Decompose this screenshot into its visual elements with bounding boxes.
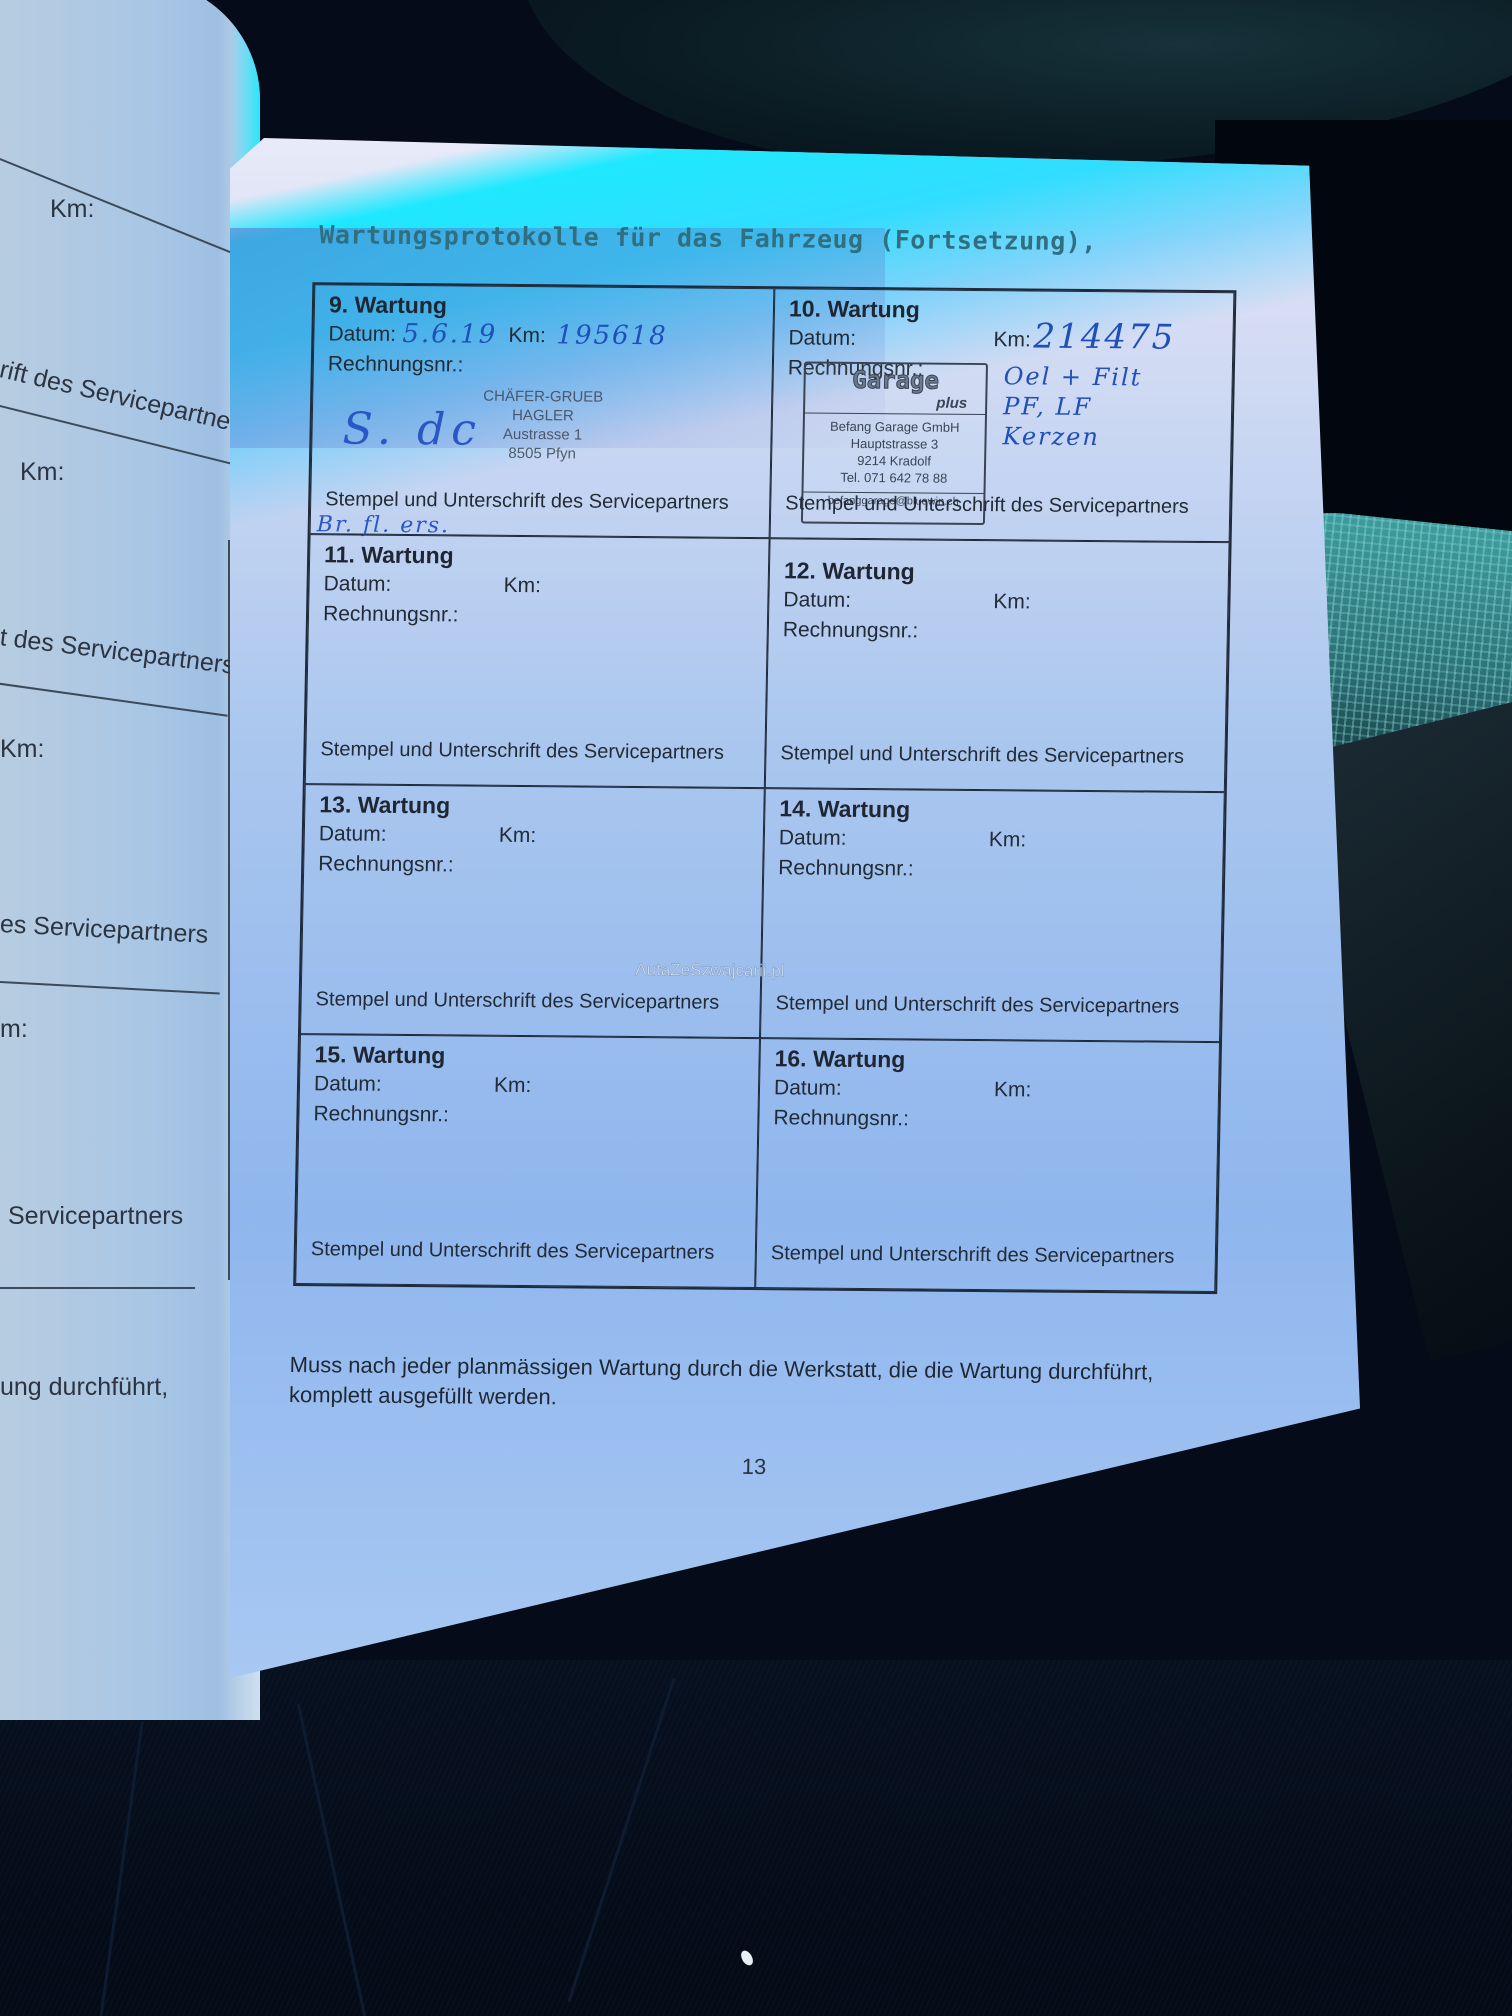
invoice-label: Rechnungsnr.: bbox=[778, 856, 914, 881]
invoice-row: Rechnungsnr.: bbox=[783, 618, 1214, 648]
stamp-line: Hauptstrasse 3 bbox=[804, 434, 984, 453]
date-label: Datum: bbox=[314, 1072, 382, 1097]
date-km-row: Datum: Km: 214475 bbox=[788, 326, 1219, 356]
left-page-text: t des Servicepartners bbox=[0, 623, 236, 681]
entry-title: 13. Wartung bbox=[319, 791, 750, 822]
km-label: Km: bbox=[994, 1078, 1032, 1102]
invoice-row: Rechnungsnr.: bbox=[778, 856, 1209, 886]
stamp-line: Austrasse 1 bbox=[462, 425, 622, 445]
invoice-label: Rechnungsnr.: bbox=[313, 1102, 449, 1127]
maintenance-entry-14: 14. Wartung Datum: Km: Rechnungsnr.: Ste… bbox=[760, 788, 1225, 1042]
date-km-row: Datum: Km: bbox=[774, 1076, 1205, 1106]
date-label: Datum: bbox=[774, 1076, 842, 1101]
km-value: 195618 bbox=[556, 320, 668, 351]
entry-title: 16. Wartung bbox=[774, 1045, 1205, 1076]
invoice-row: Rechnungsnr.: bbox=[773, 1106, 1204, 1136]
page-title: Wartungsprotokolle für das Fahrzeug (For… bbox=[319, 220, 1097, 256]
maintenance-log-table: 9. Wartung Datum: 5.6.19 Km: 195618 Rech… bbox=[293, 282, 1236, 1294]
fabric-seam bbox=[99, 1721, 144, 2016]
maintenance-entry-9: 9. Wartung Datum: 5.6.19 Km: 195618 Rech… bbox=[310, 284, 775, 538]
page-number: 13 bbox=[742, 1454, 767, 1480]
left-page-text: Km: bbox=[50, 195, 94, 224]
left-page-text: rift des Servicepartners bbox=[0, 355, 254, 441]
table-line bbox=[0, 980, 220, 995]
entry-title: 9. Wartung bbox=[329, 291, 760, 322]
stamp-line: 8505 Pfyn bbox=[462, 444, 622, 464]
stamp-line: Tel. 071 642 78 88 bbox=[804, 468, 984, 487]
date-label: Datum: bbox=[783, 588, 851, 613]
left-page-text: Km: bbox=[20, 458, 64, 487]
signature-label: Stempel und Unterschrift des Servicepart… bbox=[325, 488, 729, 515]
left-page-text: ung durchführt, bbox=[0, 1373, 168, 1402]
table-line bbox=[0, 680, 228, 717]
maintenance-entry-10: 10. Wartung Datum: Km: 214475 Rechnungsn… bbox=[770, 288, 1235, 542]
workshop-stamp: CHÄFER-GRUEB HAGLER Austrasse 1 8505 Pfy… bbox=[462, 387, 623, 464]
left-page-text: m: bbox=[0, 1015, 28, 1044]
stamp-line: CHÄFER-GRUEB bbox=[463, 387, 623, 407]
maintenance-entry-11: 11. Wartung Datum: Km: Rechnungsnr.: Ste… bbox=[305, 534, 770, 788]
invoice-row: Rechnungsnr.: bbox=[328, 352, 759, 382]
maintenance-entry-16: 16. Wartung Datum: Km: Rechnungsnr.: Ste… bbox=[755, 1038, 1220, 1292]
left-page-text: es Servicepartners bbox=[0, 910, 209, 950]
fabric-seam bbox=[297, 1703, 366, 2016]
left-page: Km: rift des Servicepartners Km: t des S… bbox=[0, 0, 260, 1720]
km-label: Km: bbox=[503, 574, 541, 598]
km-label: Km: bbox=[993, 328, 1031, 352]
date-label: Datum: bbox=[319, 822, 387, 847]
stamp-address: Befang Garage GmbH Hauptstrasse 3 9214 K… bbox=[804, 417, 985, 487]
service-note: Oel + Filt bbox=[1003, 361, 1142, 392]
date-value: 5.6.19 bbox=[402, 319, 497, 350]
handwritten-service-notes: Oel + Filt PF, LF Kerzen bbox=[1002, 361, 1142, 452]
invoice-label: Rechnungsnr.: bbox=[323, 602, 459, 627]
invoice-row: Rechnungsnr.: bbox=[313, 1102, 744, 1132]
invoice-label: Rechnungsnr.: bbox=[773, 1106, 909, 1131]
stamp-line: HAGLER bbox=[463, 406, 623, 426]
page-content: Wartungsprotokolle für das Fahrzeug (For… bbox=[265, 200, 1300, 1509]
stamp-line: Befang Garage GmbH bbox=[805, 417, 985, 436]
handwritten-signature: S. dc bbox=[342, 403, 482, 455]
km-label: Km: bbox=[508, 324, 546, 348]
km-label: Km: bbox=[499, 824, 537, 848]
table-line bbox=[0, 150, 231, 253]
km-value: 214475 bbox=[1033, 316, 1176, 357]
date-km-row: Datum: 5.6.19 Km: 195618 bbox=[328, 322, 759, 352]
date-km-row: Datum: Km: bbox=[323, 572, 754, 602]
km-label: Km: bbox=[494, 1074, 532, 1098]
maintenance-entry-15: 15. Wartung Datum: Km: Rechnungsnr.: Ste… bbox=[295, 1034, 760, 1288]
service-note: Kerzen bbox=[1002, 421, 1141, 452]
left-page-text: Servicepartners bbox=[8, 1202, 183, 1231]
invoice-label: Rechnungsnr.: bbox=[328, 352, 464, 377]
invoice-row: Rechnungsnr.: bbox=[318, 852, 749, 882]
date-label: Datum: bbox=[779, 826, 847, 851]
maintenance-entry-13: 13. Wartung Datum: Km: Rechnungsnr.: Ste… bbox=[300, 784, 765, 1038]
signature-label: Stempel und Unterschrift des Servicepart… bbox=[315, 988, 719, 1015]
date-km-row: Datum: Km: bbox=[319, 822, 750, 852]
km-label: Km: bbox=[989, 828, 1027, 852]
invoice-row: Rechnungsnr.: bbox=[323, 602, 754, 632]
stamp-line: 9214 Kradolf bbox=[804, 451, 984, 470]
left-page-text: Km: bbox=[0, 735, 44, 764]
signature-label: Stempel und Unterschrift des Servicepart… bbox=[775, 992, 1179, 1019]
signature-label: Stempel und Unterschrift des Servicepart… bbox=[320, 738, 724, 765]
invoice-label: Rechnungsnr.: bbox=[783, 618, 919, 643]
entry-title: 12. Wartung bbox=[784, 557, 1215, 588]
stamp-brand: Garage bbox=[805, 365, 986, 395]
entry-title: 14. Wartung bbox=[779, 795, 1210, 826]
invoice-label: Rechnungsnr.: bbox=[318, 852, 454, 877]
date-km-row: Datum: Km: bbox=[783, 588, 1214, 618]
km-label: Km: bbox=[993, 590, 1031, 614]
entry-title: 15. Wartung bbox=[314, 1041, 745, 1072]
date-label: Datum: bbox=[328, 322, 396, 347]
date-label: Datum: bbox=[323, 572, 391, 597]
watermark: AutaZeSzwajcarii.pl bbox=[635, 960, 785, 981]
entry-title: 11. Wartung bbox=[324, 541, 755, 572]
table-line bbox=[0, 1287, 195, 1289]
stamp-brand-suffix: plus bbox=[805, 393, 985, 415]
signature-label: Stempel und Unterschrift des Servicepart… bbox=[771, 1242, 1175, 1269]
date-km-row: Datum: Km: bbox=[314, 1072, 745, 1102]
signature-label: Stempel und Unterschrift des Servicepart… bbox=[311, 1238, 715, 1265]
fabric-seam bbox=[568, 1678, 676, 2002]
date-km-row: Datum: Km: bbox=[779, 826, 1210, 856]
date-label: Datum: bbox=[788, 326, 856, 351]
signature-label: Stempel und Unterschrift des Servicepart… bbox=[780, 742, 1184, 769]
footer-note: Muss nach jeder planmässigen Wartung dur… bbox=[289, 1350, 1230, 1418]
service-note: PF, LF bbox=[1003, 391, 1142, 422]
signature-label: Stempel und Unterschrift des Servicepart… bbox=[785, 492, 1189, 519]
maintenance-entry-12: 12. Wartung Datum: Km: Rechnungsnr.: Ste… bbox=[765, 538, 1230, 792]
